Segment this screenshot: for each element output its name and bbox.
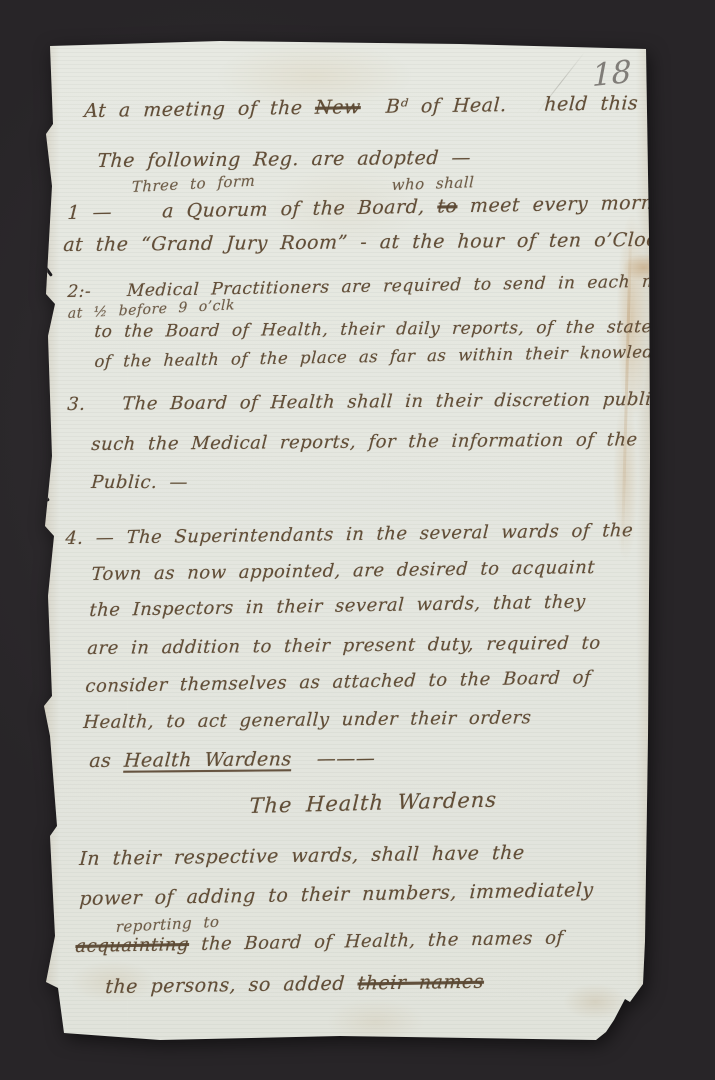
manuscript-paper: 18 At a meeting of the New Bᵈ of Heal. h… (40, 36, 650, 1042)
insert-who-shall: who shall (391, 173, 474, 194)
handwritten-text: 3. The Board of Health shall in their di… (67, 389, 674, 415)
binding-stitch-mark (44, 266, 53, 277)
handwritten-text: Bᵈ of Heal. held this Day (360, 92, 690, 119)
handwritten-text: the Board of Health, the names of (189, 927, 565, 955)
line-item2b: to the Board of Health, their daily repo… (94, 317, 653, 342)
line-item4b: Town as now appointed, are desired to ac… (91, 557, 596, 585)
handwritten-text: are in addition to their present duty, r… (87, 633, 602, 659)
handwritten-text: 2:- Medical Practitioners are required t… (67, 271, 707, 302)
handwritten-text: the persons, so added (105, 972, 358, 998)
handwritten-text: the Inspectors in their several wards, t… (89, 591, 586, 621)
line-item4e: consider themselves as attached to the B… (85, 667, 592, 697)
handwritten-text: Public. — (91, 472, 189, 493)
handwritten-text: of the health of the place as far as wit… (94, 342, 675, 371)
binding-stitch-mark (41, 491, 50, 502)
line-opening: At a meeting of the New Bᵈ of Heal. held… (84, 92, 690, 122)
handwritten-text: The Health Wardens (249, 788, 498, 819)
handwritten-text: power of adding to their numbers, immedi… (79, 879, 594, 910)
handwritten-text: At a meeting of the (84, 97, 316, 122)
handwritten-text: reporting to (116, 913, 220, 936)
line-item2a: 2:- Medical Practitioners are required t… (67, 271, 707, 302)
handwritten-text: 1 — a Quorum of the Board, (67, 196, 438, 224)
struck-out-text: acquainting (75, 934, 190, 957)
insert-three-to-form: Three to form (132, 172, 256, 197)
line-item2c: of the health of the place as far as wit… (94, 342, 675, 371)
handwritten-text: who shall (391, 173, 474, 194)
handwritten-text: as (89, 750, 125, 772)
handwritten-text: to the Board of Health, their daily repo… (94, 317, 653, 342)
handwritten-text: Three to form (132, 172, 256, 197)
pencil-page-number: 18 (592, 54, 631, 94)
photographed-manuscript-scene: 18 At a meeting of the New Bᵈ of Heal. h… (0, 0, 715, 1080)
handwritten-text: Town as now appointed, are desired to ac… (91, 557, 596, 585)
struck-out-text: their names (357, 971, 485, 995)
line-regulations-adopted: The following Reg. are adopted — (97, 147, 472, 172)
paper-shadow-wrap: 18 At a meeting of the New Bᵈ of Heal. h… (0, 0, 715, 1080)
handwritten-text: at the “Grand Jury Room” - at the hour o… (63, 228, 709, 256)
line-final4: the persons, so added their names (105, 971, 485, 998)
handwritten-text: Health, to act generally under their ord… (83, 707, 532, 733)
struck-out-text: to (437, 195, 458, 217)
line-item4d: are in addition to their present duty, r… (87, 633, 602, 659)
handwritten-text: The following Reg. are adopted — (97, 147, 472, 172)
handwritten-text: ——— (291, 748, 376, 771)
line-item1a: 1 — a Quorum of the Board, to meet every… (67, 191, 686, 224)
handwritten-text: 4. — The Superintendants in the several … (65, 520, 634, 549)
binding-stitch-mark (43, 936, 52, 947)
handwritten-text: meet every morning (457, 191, 686, 217)
line-item4c: the Inspectors in their several wards, t… (89, 591, 586, 621)
line-item3b: such the Medical reports, for the inform… (91, 429, 639, 455)
heading-health-wardens: The Health Wardens (249, 788, 498, 819)
binding-stitch-mark (42, 93, 51, 104)
line-item3c: Public. — (91, 472, 189, 493)
line-item3a: 3. The Board of Health shall in their di… (67, 389, 674, 415)
line-item4g: as Health Wardens ——— (89, 748, 376, 773)
binding-stitch-mark (40, 671, 49, 682)
struck-out-text: New (315, 96, 362, 119)
line-final2: power of adding to their numbers, immedi… (79, 879, 594, 910)
line-item4f: Health, to act generally under their ord… (83, 707, 532, 733)
handwritten-text: such the Medical reports, for the inform… (91, 429, 639, 455)
underlined-text: Health Wardens (123, 748, 292, 771)
handwritten-text: consider themselves as attached to the B… (85, 667, 592, 697)
line-item1b: at the “Grand Jury Room” - at the hour o… (63, 228, 709, 256)
line-item4a: 4. — The Superintendants in the several … (65, 520, 634, 549)
insert-reporting-to: reporting to (116, 913, 220, 936)
line-final1: In their respective wards, shall have th… (79, 842, 526, 870)
handwritten-text: In their respective wards, shall have th… (79, 842, 526, 870)
